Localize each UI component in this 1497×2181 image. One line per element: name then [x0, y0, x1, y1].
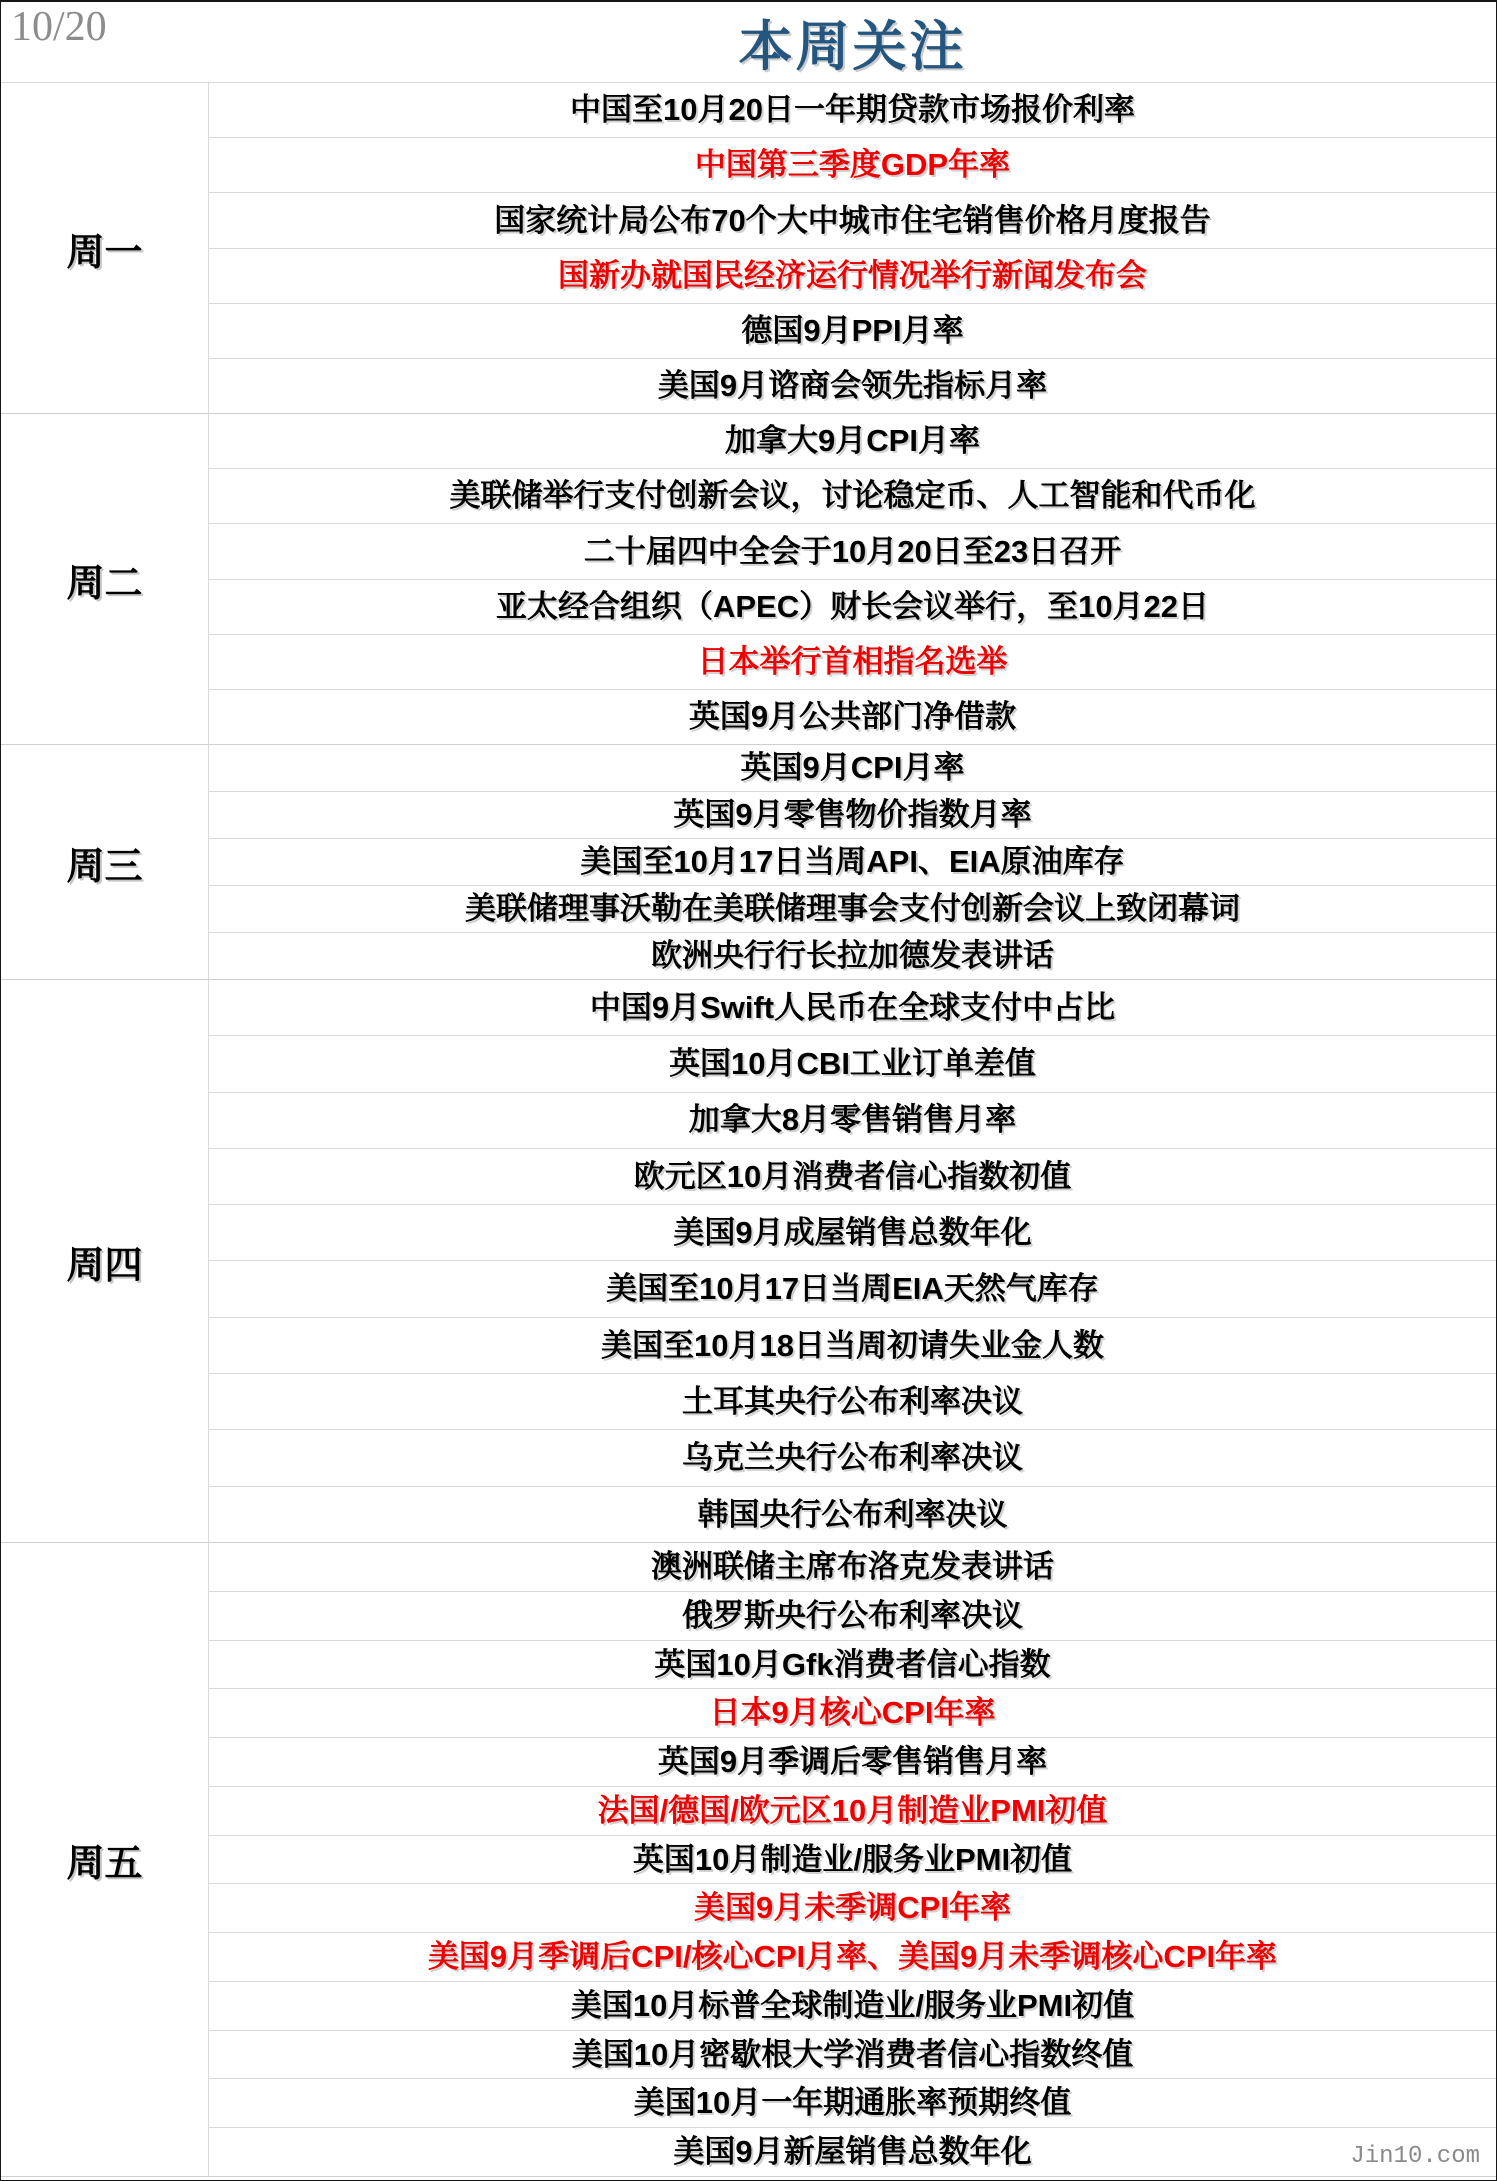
event-list: 英国9月CPI月率英国9月零售物价指数月率美国至10月17日当周API、EIA原…	[209, 745, 1496, 979]
event-row: 英国9月季调后零售销售月率	[209, 1738, 1496, 1787]
event-row: 欧元区10月消费者信心指数初值	[209, 1149, 1496, 1205]
event-row: 美联储举行支付创新会议，讨论稳定币、人工智能和代币化	[209, 469, 1496, 524]
event-list: 加拿大9月CPI月率美联储举行支付创新会议，讨论稳定币、人工智能和代币化二十届四…	[209, 414, 1496, 744]
event-row: 英国9月公共部门净借款	[209, 690, 1496, 744]
page-title: 本周关注	[209, 2, 1496, 82]
event-row: 美国至10月17日当周EIA天然气库存	[209, 1261, 1496, 1317]
event-row: 法国/德国/欧元区10月制造业PMI初值	[209, 1787, 1496, 1836]
event-row: 加拿大8月零售销售月率	[209, 1093, 1496, 1149]
event-row: 国家统计局公布70个大中城市住宅销售价格月度报告	[209, 193, 1496, 248]
event-row: 澳洲联储主席布洛克发表讲话	[209, 1543, 1496, 1592]
day-label: 周一	[1, 83, 209, 413]
day-section: 周二加拿大9月CPI月率美联储举行支付创新会议，讨论稳定币、人工智能和代币化二十…	[1, 413, 1496, 744]
event-row: 土耳其央行公布利率决议	[209, 1374, 1496, 1430]
event-list: 中国9月Swift人民币在全球支付中占比英国10月CBI工业订单差值加拿大8月零…	[209, 980, 1496, 1542]
day-label: 周三	[1, 745, 209, 979]
event-row: 欧洲央行行长拉加德发表讲话	[209, 933, 1496, 979]
event-row: 德国9月PPI月率	[209, 304, 1496, 359]
event-row: 中国第三季度GDP年率	[209, 138, 1496, 193]
event-row: 日本9月核心CPI年率	[209, 1689, 1496, 1738]
event-row: 美国10月密歇根大学消费者信心指数终值	[209, 2031, 1496, 2080]
event-row: 二十届四中全会于10月20日至23日召开	[209, 524, 1496, 579]
event-row: 俄罗斯央行公布利率决议	[209, 1592, 1496, 1641]
event-row: 英国9月CPI月率	[209, 745, 1496, 792]
date-label: 10/20	[11, 4, 107, 50]
event-row: 美国9月未季调CPI年率	[209, 1884, 1496, 1933]
event-row: 美国9月新屋销售总数年化	[209, 2128, 1496, 2176]
event-row: 美国9月季调后CPI/核心CPI月率、美国9月未季调核心CPI年率	[209, 1933, 1496, 1982]
event-row: 英国9月零售物价指数月率	[209, 792, 1496, 839]
day-section: 周五澳洲联储主席布洛克发表讲话俄罗斯央行公布利率决议英国10月Gfk消费者信心指…	[1, 1542, 1496, 2177]
event-row: 美国至10月17日当周API、EIA原油库存	[209, 839, 1496, 886]
event-row: 美国10月标普全球制造业/服务业PMI初值	[209, 1982, 1496, 2031]
event-row: 美国9月成屋销售总数年化	[209, 1205, 1496, 1261]
page-header: 10/20 本周关注	[1, 2, 1496, 83]
event-row: 英国10月CBI工业订单差值	[209, 1036, 1496, 1092]
day-section: 周一中国至10月20日一年期贷款市场报价利率中国第三季度GDP年率国家统计局公布…	[1, 83, 1496, 413]
watermark: Jin10.com	[1350, 2143, 1480, 2170]
event-row: 美联储理事沃勒在美联储理事会支付创新会议上致闭幕词	[209, 886, 1496, 933]
event-row: 国新办就国民经济运行情况举行新闻发布会	[209, 249, 1496, 304]
day-label: 周五	[1, 1543, 209, 2176]
event-row: 美国9月谘商会领先指标月率	[209, 359, 1496, 413]
event-row: 乌克兰央行公布利率决议	[209, 1430, 1496, 1486]
event-row: 韩国央行公布利率决议	[209, 1487, 1496, 1542]
event-row: 加拿大9月CPI月率	[209, 414, 1496, 469]
schedule-table: 周一中国至10月20日一年期贷款市场报价利率中国第三季度GDP年率国家统计局公布…	[1, 83, 1496, 2177]
page-root: 10/20 本周关注 周一中国至10月20日一年期贷款市场报价利率中国第三季度G…	[0, 0, 1497, 2181]
event-row: 亚太经合组织（APEC）财长会议举行，至10月22日	[209, 580, 1496, 635]
day-section: 周三英国9月CPI月率英国9月零售物价指数月率美国至10月17日当周API、EI…	[1, 744, 1496, 979]
day-label: 周二	[1, 414, 209, 744]
event-row: 英国10月制造业/服务业PMI初值	[209, 1836, 1496, 1885]
day-section: 周四中国9月Swift人民币在全球支付中占比英国10月CBI工业订单差值加拿大8…	[1, 979, 1496, 1542]
event-list: 澳洲联储主席布洛克发表讲话俄罗斯央行公布利率决议英国10月Gfk消费者信心指数日…	[209, 1543, 1496, 2176]
event-row: 英国10月Gfk消费者信心指数	[209, 1641, 1496, 1690]
event-row: 中国9月Swift人民币在全球支付中占比	[209, 980, 1496, 1036]
event-row: 美国10月一年期通胀率预期终值	[209, 2079, 1496, 2128]
event-row: 美国至10月18日当周初请失业金人数	[209, 1318, 1496, 1374]
day-label: 周四	[1, 980, 209, 1542]
event-row: 日本举行首相指名选举	[209, 635, 1496, 690]
event-row: 中国至10月20日一年期贷款市场报价利率	[209, 83, 1496, 138]
event-list: 中国至10月20日一年期贷款市场报价利率中国第三季度GDP年率国家统计局公布70…	[209, 83, 1496, 413]
